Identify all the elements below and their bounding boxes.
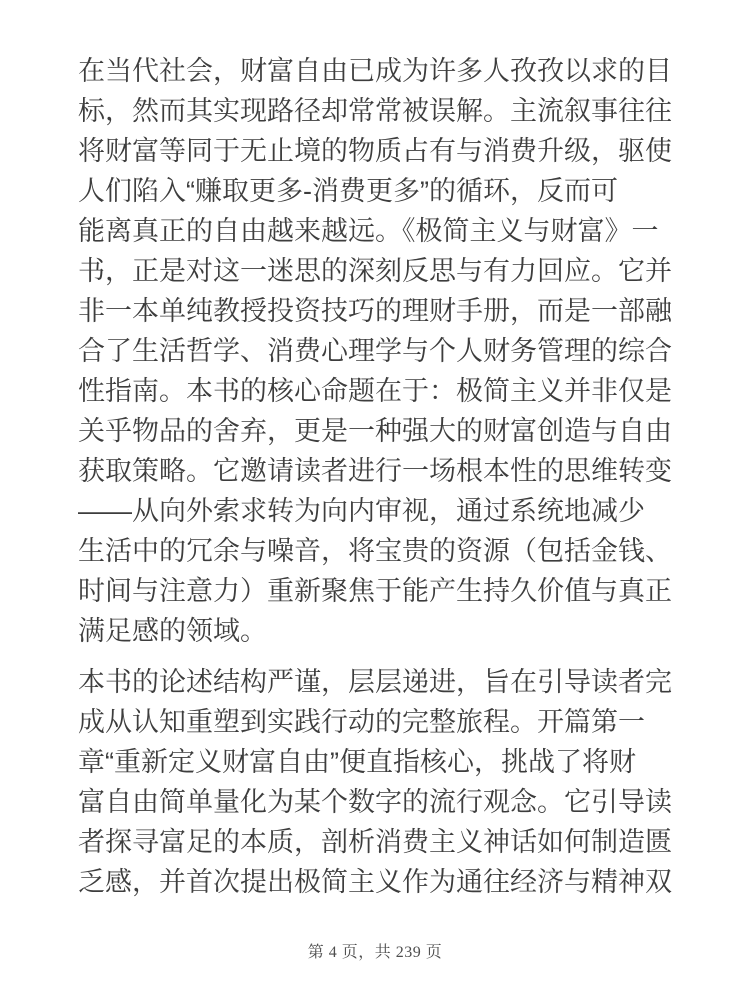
text-line: 富自由简单量化为某个数字的流行观念。它引导读 bbox=[78, 782, 672, 822]
text-line: 能离真正的自由越来越远。《极简主义与财富》一 bbox=[78, 211, 672, 251]
text-line: 本书的论述结构严谨，层层递进，旨在引导读者完 bbox=[78, 662, 672, 702]
page-body-text: 在当代社会，财富自由已成为许多人孜孜以求的目标，然而其实现路径却常常被误解。主流… bbox=[78, 51, 672, 913]
text-line: 将财富等同于无止境的物质占有与消费升级，驱使 bbox=[78, 131, 672, 171]
text-line: 性指南。本书的核心命题在于：极简主义并非仅是 bbox=[78, 371, 672, 411]
text-line: 合了生活哲学、消费心理学与个人财务管理的综合 bbox=[78, 331, 672, 371]
text-line: 时间与注意力）重新聚焦于能产生持久价值与真正 bbox=[78, 571, 672, 611]
text-line: 书，正是对这一迷思的深刻反思与有力回应。它并 bbox=[78, 251, 672, 291]
text-line: 成从认知重塑到实践行动的完整旅程。开篇第一 bbox=[78, 702, 672, 742]
document-page: 在当代社会，财富自由已成为许多人孜孜以求的目标，然而其实现路径却常常被误解。主流… bbox=[0, 0, 750, 1000]
text-line: 乏感，并首次提出极简主义作为通往经济与精神双 bbox=[78, 862, 672, 902]
text-line: 标，然而其实现路径却常常被误解。主流叙事往往 bbox=[78, 91, 672, 131]
text-line: 获取策略。它邀请读者进行一场根本性的思维转变 bbox=[78, 451, 672, 491]
text-line: 人们陷入“赚取更多-消费更多”的循环，反而可 bbox=[78, 171, 672, 211]
text-line: 者探寻富足的本质，剖析消费主义神话如何制造匮 bbox=[78, 822, 672, 862]
text-line: 满足感的领域。 bbox=[78, 611, 672, 651]
text-line: 非一本单纯教授投资技巧的理财手册，而是一部融 bbox=[78, 291, 672, 331]
text-line: ——从向外索求转为向内审视，通过系统地减少 bbox=[78, 491, 672, 531]
text-line: 在当代社会，财富自由已成为许多人孜孜以求的目 bbox=[78, 51, 672, 91]
paragraph: 在当代社会，财富自由已成为许多人孜孜以求的目标，然而其实现路径却常常被误解。主流… bbox=[78, 51, 672, 651]
page-footer: 第 4 页，共 239 页 bbox=[0, 941, 750, 965]
paragraph: 本书的论述结构严谨，层层递进，旨在引导读者完成从认知重塑到实践行动的完整旅程。开… bbox=[78, 662, 672, 902]
text-line: 生活中的冗余与噪音，将宝贵的资源（包括金钱、 bbox=[78, 531, 672, 571]
text-line: 关乎物品的舍弃，更是一种强大的财富创造与自由 bbox=[78, 411, 672, 451]
text-line: 章“重新定义财富自由”便直指核心，挑战了将财 bbox=[78, 742, 672, 782]
